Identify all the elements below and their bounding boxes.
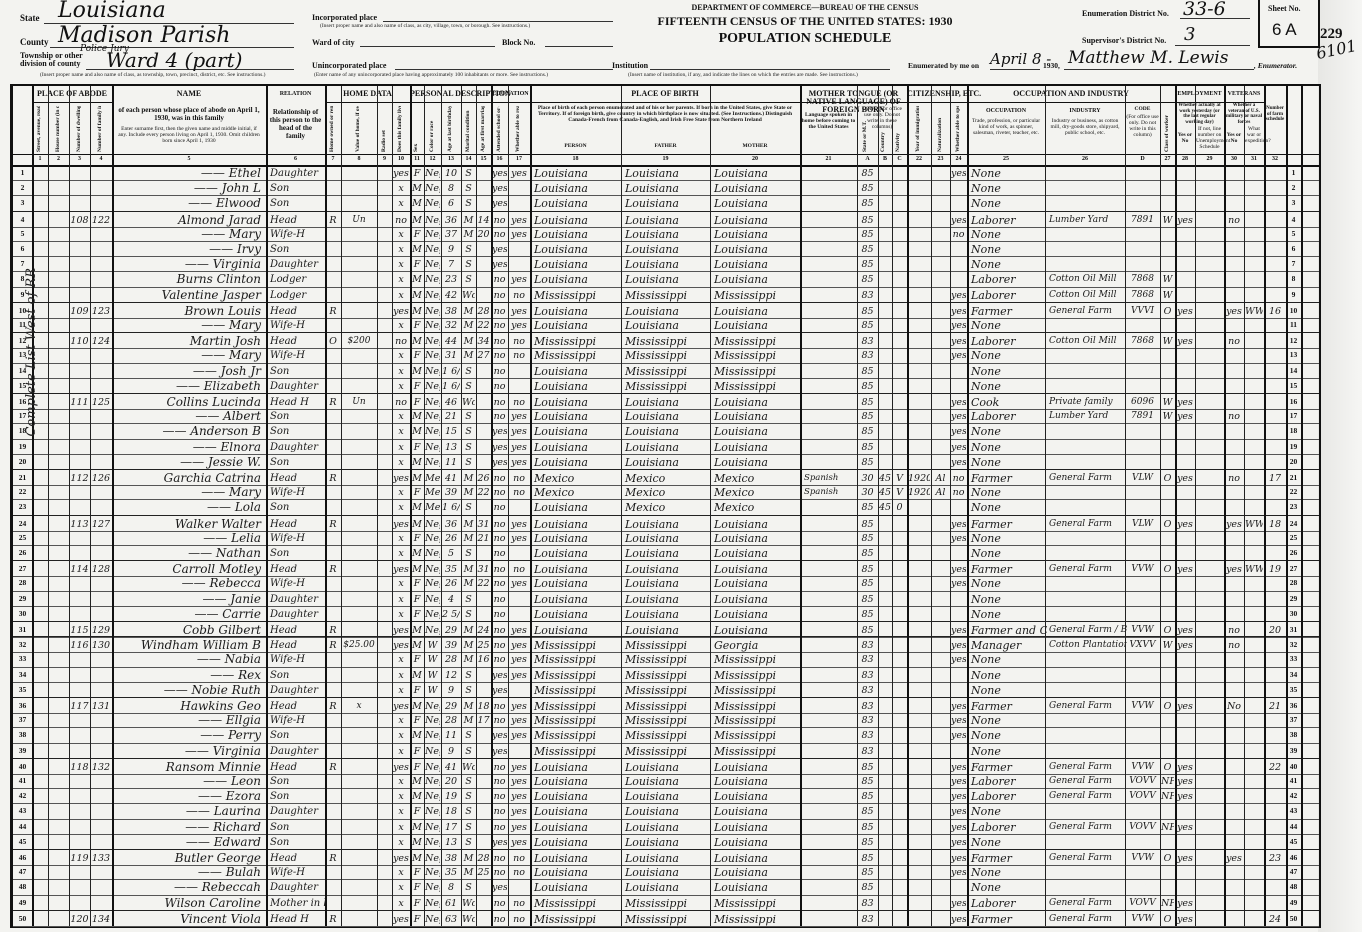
institution-line: [650, 69, 890, 70]
cell-sex: F: [411, 165, 423, 180]
cell-pob-mother: Mississippi: [711, 682, 802, 697]
cell-english: yes: [951, 516, 966, 531]
cell-farm: x: [393, 879, 409, 894]
cell-code-a: 85: [858, 606, 877, 621]
cell-pob-mother: Louisiana: [711, 788, 802, 803]
cell-farm: yes: [393, 303, 409, 318]
table-row: 3333—— NabiaWife-HxFW28M16noyesMississip…: [13, 651, 1319, 667]
cell-pob-father: Mississippi: [622, 378, 712, 393]
cell-race: Neg: [425, 439, 440, 454]
cell-code-a: 83: [858, 712, 877, 727]
column-number: 29: [1195, 156, 1224, 162]
cell-code-a: 85: [858, 499, 877, 514]
cell-code-a: 85: [858, 423, 877, 438]
cell-marital: M: [462, 212, 475, 227]
cell-owned: R: [326, 622, 340, 637]
cell-class: O: [1161, 759, 1174, 774]
cell-occupation: None: [968, 317, 1047, 332]
column-number: 14: [461, 156, 476, 162]
header-read: Whether able to read and write: [515, 106, 521, 152]
cell-pob: Mississippi: [531, 727, 623, 742]
cell-school: yes: [492, 180, 507, 195]
line-number: 20: [13, 454, 32, 469]
cell-occupation: Laborer: [968, 287, 1047, 302]
cell-age: 10: [442, 165, 460, 180]
cell-class: W: [1161, 394, 1174, 409]
cell-pob-mother: Louisiana: [711, 439, 802, 454]
cell-race: Neg: [425, 803, 440, 818]
cell-occupation: Farmer: [968, 698, 1047, 713]
cell-pob-father: Mexico: [622, 484, 712, 499]
line-number: 50: [13, 911, 32, 926]
cell-pob-mother: Mississippi: [711, 347, 802, 362]
cell-school: no: [492, 712, 507, 727]
cell-occ-code: VXVV: [1126, 637, 1159, 652]
cell-vet: yes: [1225, 561, 1243, 576]
cell-war: WW: [1245, 303, 1263, 318]
township-instructions: (Insert proper name and also name of cla…: [40, 72, 265, 78]
cell-class: O: [1161, 698, 1174, 713]
cell-name: Hawkins Geo: [113, 698, 265, 713]
column-divider: [461, 86, 462, 926]
cell-read: no: [509, 561, 529, 576]
cell-pob: Louisiana: [531, 423, 623, 438]
cell-relation: Daughter: [267, 591, 327, 606]
cell-industry: General Farm: [1046, 895, 1127, 910]
cell-school: no: [492, 895, 507, 910]
cell-dwelling: 119: [70, 850, 89, 865]
cell-sex: F: [411, 439, 423, 454]
cell-age: 29: [442, 698, 460, 713]
cell-farm: yes: [393, 637, 409, 652]
cell-farm: x: [393, 378, 409, 393]
cell-marital: S: [462, 788, 475, 803]
column-number: 22: [907, 156, 931, 162]
cell-school: no: [492, 363, 507, 378]
cell-code-a: 30: [858, 484, 877, 499]
cell-pob-father: Louisiana: [622, 165, 712, 180]
line-number: 43: [13, 803, 32, 818]
cell-occupation: None: [968, 256, 1047, 271]
cell-occ-code: VOVV: [1126, 819, 1159, 834]
cell-farm: x: [393, 834, 409, 849]
cell-pob-mother: Mississippi: [711, 378, 802, 393]
column-divider: [90, 86, 91, 926]
cell-farm: no: [393, 333, 409, 348]
header-farm: Does this family live on a farm?: [397, 106, 403, 152]
line-number-right: 32: [1286, 637, 1301, 652]
cell-sex: M: [411, 516, 423, 531]
cell-family: 129: [91, 622, 111, 637]
cell-pob-mother: Louisiana: [711, 317, 802, 332]
cell-pob-father: Mississippi: [622, 287, 712, 302]
cell-pob-father: Mississippi: [622, 682, 712, 697]
cell-read: no: [509, 347, 529, 362]
unincorporated-label: Unincorporated place: [312, 61, 386, 70]
cell-code-c: 0: [893, 499, 906, 514]
cell-pob-father: Louisiana: [622, 180, 712, 195]
cell-school: no: [492, 819, 507, 834]
enumerator-name: Matthew M. Lewis: [1068, 48, 1228, 68]
cell-pob: Mississippi: [531, 287, 623, 302]
cell-pob-mother: Mississippi: [711, 743, 802, 758]
cell-tongue: Spanish: [801, 484, 859, 499]
cell-occ-code: VVW: [1126, 698, 1159, 713]
cell-pob-mother: Mississippi: [711, 911, 802, 926]
cell-pob: Louisiana: [531, 834, 623, 849]
cell-pob: Louisiana: [531, 575, 623, 590]
cell-class: O: [1161, 561, 1174, 576]
column-number: 4: [90, 156, 112, 162]
cell-pob-father: Mississippi: [622, 667, 712, 682]
cell-family: 130: [91, 637, 111, 652]
cell-class: O: [1161, 516, 1174, 531]
township-value: Ward 4 (part): [106, 48, 242, 72]
cell-pob: Louisiana: [531, 803, 623, 818]
cell-race: Neg: [425, 788, 440, 803]
cell-sex: F: [411, 682, 423, 697]
cell-sex: M: [411, 788, 423, 803]
block-label: Block No.: [502, 38, 535, 47]
census-table: PLACE OF ABODENAMERELATIONHOME DATAPERSO…: [10, 84, 1321, 928]
block-line: [545, 46, 613, 47]
column-number: 9: [377, 156, 392, 162]
cell-relation: Daughter: [267, 439, 327, 454]
cell-english: yes: [951, 759, 966, 774]
cell-name: —— Virginia: [113, 256, 265, 271]
group-underline: [967, 102, 1175, 103]
cell-industry: General Farm: [1046, 698, 1127, 713]
cell-relation: Son: [267, 545, 327, 560]
column-number: 19: [621, 156, 710, 162]
cell-industry: Cotton Oil Mill: [1046, 333, 1127, 348]
cell-race: Neg: [425, 606, 440, 621]
line-number-right: 4: [1286, 212, 1301, 227]
table-row: 4444—— RichardSonxMNeg17SnoyesLouisianaL…: [13, 819, 1319, 835]
cell-pob-mother: Louisiana: [711, 803, 802, 818]
group-underline: [800, 102, 907, 103]
cell-pob-father: Louisiana: [622, 864, 712, 879]
line-number: 32: [13, 637, 32, 652]
cell-read: yes: [509, 271, 529, 286]
cell-farm: yes: [393, 698, 409, 713]
cell-read: yes: [509, 727, 529, 742]
cell-pob-father: Louisiana: [622, 454, 712, 469]
column-divider: [1301, 86, 1303, 926]
department-title: DEPARTMENT OF COMMERCE—BUREAU OF THE CEN…: [640, 3, 970, 12]
cell-farm-no: 18: [1265, 516, 1285, 531]
line-number-right: 45: [1286, 834, 1301, 849]
cell-school: yes: [492, 727, 507, 742]
column-divider: [441, 86, 442, 926]
cell-name: Martin Josh: [113, 333, 265, 348]
cell-age: 41: [442, 470, 460, 485]
line-number: 47: [13, 864, 32, 879]
ward-line: [360, 46, 495, 47]
column-number: 27: [1160, 156, 1175, 162]
cell-pob-mother: Mississippi: [711, 667, 802, 682]
cell-vet: yes: [1225, 303, 1243, 318]
cell-pob: Louisiana: [531, 591, 623, 606]
group-underline: [325, 102, 410, 103]
cell-age: 6: [442, 195, 460, 210]
cell-age-marr: 24: [477, 622, 490, 637]
cell-farm: x: [393, 545, 409, 560]
cell-farm: x: [393, 423, 409, 438]
column-divider: [800, 86, 802, 926]
line-number: 33: [13, 651, 32, 666]
cell-english: yes: [951, 287, 966, 302]
cell-english: yes: [951, 317, 966, 332]
column-divider: [907, 86, 909, 926]
cell-english: no: [951, 226, 966, 241]
cell-name: —— Lola: [113, 499, 265, 514]
cell-pob-father: Louisiana: [622, 212, 712, 227]
cell-english: yes: [951, 698, 966, 713]
cell-code-a: 83: [858, 895, 877, 910]
cell-vet: no: [1225, 622, 1243, 637]
cell-marital: M: [462, 864, 475, 879]
cell-emp: yes: [1176, 212, 1194, 227]
line-number: 45: [13, 834, 32, 849]
cell-occupation: None: [968, 682, 1047, 697]
cell-pob-mother: Louisiana: [711, 561, 802, 576]
line-number: 4: [13, 212, 32, 227]
header-age_marriage: Age at first marriage: [480, 106, 486, 152]
cell-race: Neg: [425, 287, 440, 302]
cell-occupation: None: [968, 226, 1047, 241]
cell-pob: Louisiana: [531, 241, 623, 256]
cell-sex: F: [411, 317, 423, 332]
state-label: State: [20, 13, 40, 23]
cell-race: Neg: [425, 819, 440, 834]
cell-school: no: [492, 470, 507, 485]
cell-school: yes: [492, 667, 507, 682]
side-note: Complete List West of RR: [24, 268, 39, 437]
table-row: 55—— MaryWife-HxFNeg37M20noyesLouisianaL…: [13, 226, 1319, 242]
column-divider: [1125, 86, 1126, 926]
cell-code-b: 45: [879, 470, 891, 485]
supervisor-line: [1175, 45, 1250, 46]
cell-farm: x: [393, 727, 409, 742]
cell-name: —— John L: [113, 180, 265, 195]
line-number-right: 29: [1286, 591, 1301, 606]
cell-age: 12: [442, 667, 460, 682]
cell-dwelling: 118: [70, 759, 89, 774]
cell-age-marr: 27: [477, 347, 490, 362]
cell-pob-father: Mississippi: [622, 712, 712, 727]
cell-pob: Louisiana: [531, 212, 623, 227]
industry-description: Industry or business, as cotton mill, dr…: [1047, 118, 1123, 136]
cell-occupation: Laborer: [968, 819, 1047, 834]
cell-pob: Louisiana: [531, 545, 623, 560]
cell-marital: S: [462, 803, 475, 818]
cell-pob-father: Louisiana: [622, 591, 712, 606]
header-radio: Radio set: [381, 106, 387, 152]
cell-industry: Private family: [1046, 394, 1127, 409]
cell-marital: M: [462, 470, 475, 485]
cell-school: no: [492, 378, 507, 393]
line-number: 41: [13, 773, 32, 788]
cell-marital: S: [462, 180, 475, 195]
cell-age: 36: [442, 516, 460, 531]
cell-marital: S: [462, 879, 475, 894]
cell-pob-father: Mississippi: [622, 651, 712, 666]
cell-family: 125: [91, 394, 111, 409]
cell-pob: Louisiana: [531, 606, 623, 621]
cell-name: Vincent Viola: [113, 911, 265, 926]
cell-age: 26: [442, 575, 460, 590]
cell-marital: M: [462, 712, 475, 727]
cell-relation: Lodger: [267, 271, 327, 286]
group-underline: [410, 102, 491, 103]
cell-code-b: 45: [879, 499, 891, 514]
line-number: 34: [13, 667, 32, 682]
table-row: 3939—— VirginiaDaughterxFNeg9SyesMississ…: [13, 743, 1319, 759]
cell-pob-mother: Mexico: [711, 484, 802, 499]
line-number-right: 18: [1286, 423, 1301, 438]
cell-dwelling: 117: [70, 698, 89, 713]
cell-farm: x: [393, 591, 409, 606]
column-number: 25: [967, 156, 1045, 162]
table-row: 3838—— PerrySonxMNeg11SyesyesMississippi…: [13, 727, 1319, 743]
cell-pob-father: Louisiana: [622, 423, 712, 438]
cell-read: no: [509, 895, 529, 910]
cell-pob: Louisiana: [531, 850, 623, 865]
cell-age: 46: [442, 394, 460, 409]
cell-pob-father: Mississippi: [622, 727, 712, 742]
cell-occ-code: 7891: [1126, 212, 1159, 227]
cell-pob-mother: Mississippi: [711, 651, 802, 666]
page-edge: [1318, 0, 1362, 932]
line-number-right: 42: [1286, 788, 1301, 803]
cell-relation: Mother in law: [267, 895, 327, 910]
group-header-education: EDUCATION: [491, 90, 530, 98]
cell-read: yes: [509, 408, 529, 423]
cell-school: no: [492, 287, 507, 302]
line-number: 28: [13, 575, 32, 590]
line-number-right: 12: [1286, 333, 1301, 348]
cell-sex: M: [411, 773, 423, 788]
cell-pob-father: Louisiana: [622, 530, 712, 545]
cell-pob-father: Louisiana: [622, 788, 712, 803]
sheet-value: 6 A: [1272, 20, 1297, 40]
line-number: 29: [13, 591, 32, 606]
cell-age: 35: [442, 561, 460, 576]
cell-school: no: [492, 484, 507, 499]
line-number-right: 8: [1286, 271, 1301, 286]
cell-occupation: None: [968, 606, 1047, 621]
cell-farm: yes: [393, 622, 409, 637]
line-number-right: 6: [1286, 241, 1301, 256]
cell-sex: M: [411, 622, 423, 637]
cell-farm-no: 20: [1265, 622, 1285, 637]
header-immigration: Year of immigration to the United States: [915, 106, 921, 152]
cell-pob-father: Louisiana: [622, 561, 712, 576]
column-number: 2: [48, 156, 69, 162]
cell-pob: Louisiana: [531, 226, 623, 241]
cell-value: $25.00: [342, 637, 376, 652]
cell-occupation: None: [968, 743, 1047, 758]
cell-name: Garchia Catrina: [113, 470, 265, 485]
table-row: 1919—— ElnoraDaughterxFNeg13SyesyesLouis…: [13, 439, 1319, 455]
cell-owned: R: [326, 212, 340, 227]
cell-relation: Son: [267, 667, 327, 682]
name-description: of each person whose place of abode on A…: [117, 106, 261, 122]
cell-farm: x: [393, 803, 409, 818]
cell-name: —— Nabia: [113, 651, 265, 666]
table-row: 1111—— MaryWife-HxFNeg32M22noyesLouisian…: [13, 317, 1319, 333]
cell-english: yes: [951, 347, 966, 362]
cell-occupation: None: [968, 378, 1047, 393]
cell-marital: M: [462, 530, 475, 545]
cell-code-b: 45: [879, 484, 891, 499]
cell-pob: Mississippi: [531, 682, 623, 697]
cell-english: yes: [951, 773, 966, 788]
table-row: 3535—— Nobie RuthDaughterxFW9SyesMississ…: [13, 682, 1319, 698]
column-number: 26: [1045, 156, 1125, 162]
cell-industry: General Farm: [1046, 516, 1127, 531]
table-row: 1818—— Anderson BSonxMNeg15SyesyesLouisi…: [13, 423, 1319, 439]
cell-family: 132: [91, 759, 111, 774]
cell-occ-code: 7868: [1126, 287, 1159, 302]
cell-sex: M: [411, 363, 423, 378]
group-header-abode: PLACE OF ABODE: [32, 90, 112, 98]
column-divider: [266, 86, 268, 926]
cell-family: 133: [91, 850, 111, 865]
cell-code-a: 85: [858, 303, 877, 318]
line-number-right: 20: [1286, 454, 1301, 469]
line-number: 46: [13, 850, 32, 865]
cell-race: Neg: [425, 698, 440, 713]
cell-school: yes: [492, 879, 507, 894]
cell-farm: yes: [393, 516, 409, 531]
cell-industry: General Farm: [1046, 773, 1127, 788]
cell-name: Wilson Caroline: [113, 895, 265, 910]
cell-pob: Mississippi: [531, 333, 623, 348]
cell-sex: M: [411, 545, 423, 560]
line-number-right: 39: [1286, 743, 1301, 758]
cell-class: O: [1161, 911, 1174, 926]
cell-value: $200: [342, 333, 376, 348]
date-line: [990, 69, 1040, 70]
cell-sex: F: [411, 651, 423, 666]
cell-farm: x: [393, 788, 409, 803]
cell-race: Neg: [425, 165, 440, 180]
cell-relation: Son: [267, 454, 327, 469]
cell-pob: Louisiana: [531, 439, 623, 454]
cell-age: 21: [442, 408, 460, 423]
cell-pob-father: Louisiana: [622, 226, 712, 241]
cell-pob-mother: Mississippi: [711, 363, 802, 378]
cell-sex: F: [411, 712, 423, 727]
line-number-right: 26: [1286, 545, 1301, 560]
cell-race: Neg: [425, 317, 440, 332]
cell-emp: yes: [1176, 333, 1194, 348]
cell-war: WW: [1245, 516, 1263, 531]
line-number-right: 50: [1286, 911, 1301, 926]
cell-farm: x: [393, 439, 409, 454]
cell-dwelling: 114: [70, 561, 89, 576]
cell-marital: S: [462, 773, 475, 788]
table-row: 4343—— LaurinaDaughterxFNeg18SnoyesLouis…: [13, 803, 1319, 819]
cell-pob-father: Mississippi: [622, 637, 712, 652]
cell-english: yes: [951, 333, 966, 348]
column-divider: [1160, 86, 1161, 926]
cell-age: 26: [442, 530, 460, 545]
cell-occupation: None: [968, 499, 1047, 514]
cell-farm: x: [393, 575, 409, 590]
